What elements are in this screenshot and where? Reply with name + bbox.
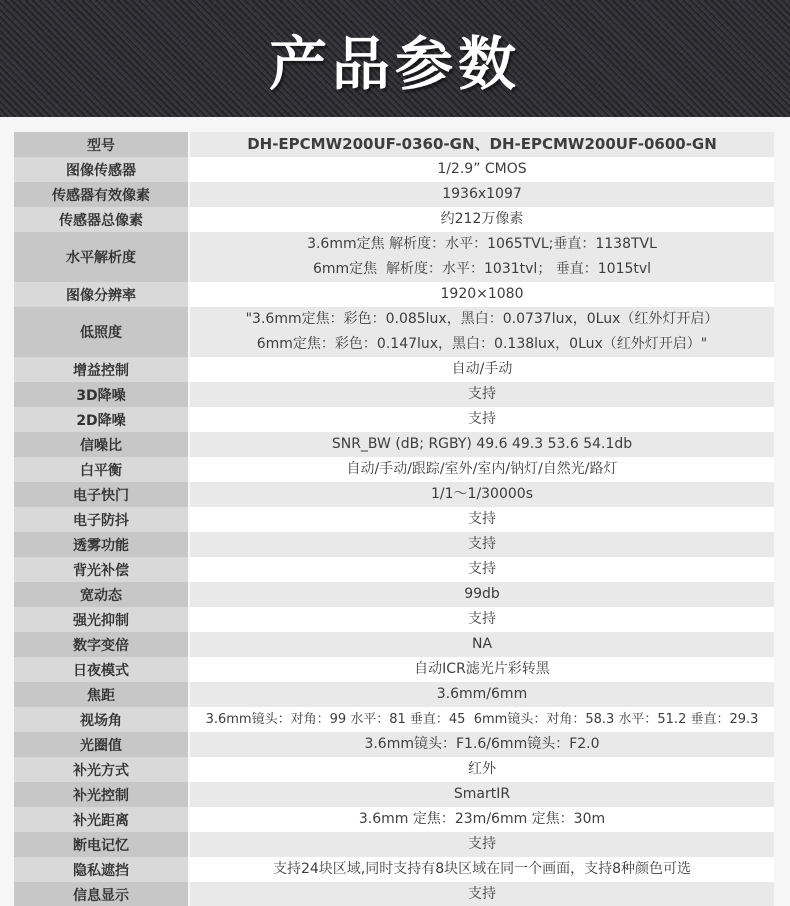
spec-value-line: 支持 <box>190 407 774 432</box>
spec-label-cell: 断电记忆 <box>14 832 190 857</box>
table-row: 视场角3.6mm镜头：对角：99 水平：81 垂直：45 6mm镜头：对角：58… <box>14 707 774 732</box>
table-row: 增益控制自动/手动 <box>14 357 774 382</box>
table-row: 补光方式红外 <box>14 757 774 782</box>
spec-value-cell: 自动/手动/跟踪/室外/室内/钠灯/自然光/路灯 <box>190 457 774 482</box>
spec-value-line: 1/1～1/30000s <box>190 482 774 507</box>
spec-value-cell: 自动/手动 <box>190 357 774 382</box>
spec-value-line: 1936x1097 <box>190 182 774 207</box>
spec-value-cell: 支持 <box>190 532 774 557</box>
spec-label-cell: 光圈值 <box>14 732 190 757</box>
table-row: 电子防抖支持 <box>14 507 774 532</box>
spec-value-line: 自动/手动/跟踪/室外/室内/钠灯/自然光/路灯 <box>190 457 774 482</box>
spec-value-cell: 支持 <box>190 832 774 857</box>
spec-value-line: 红外 <box>190 757 774 782</box>
table-row: 传感器总像素约212万像素 <box>14 207 774 232</box>
spec-value-cell: 支持 <box>190 507 774 532</box>
table-row: 信噪比SNR_BW (dB; RGBY) 49.6 49.3 53.6 54.1… <box>14 432 774 457</box>
spec-value-line: 1/2.9” CMOS <box>190 157 774 182</box>
spec-value-line: 3.6mm 定焦：23m/6mm 定焦：30m <box>190 807 774 832</box>
spec-value-line: SNR_BW (dB; RGBY) 49.6 49.3 53.6 54.1db <box>190 432 774 457</box>
spec-label-cell: 隐私遮挡 <box>14 857 190 882</box>
spec-value-line: 3.6mm定焦 解析度：水平：1065TVL;垂直：1138TVL <box>190 232 774 257</box>
table-row: 信息显示支持 <box>14 882 774 906</box>
spec-value-line: 3.6mm/6mm <box>190 682 774 707</box>
spec-value-cell: NA <box>190 632 774 657</box>
spec-value-cell: "3.6mm定焦：彩色：0.085lux，黑白：0.0737lux，0Lux（红… <box>190 307 774 357</box>
spec-value-cell: SmartIR <box>190 782 774 807</box>
spec-value-line: 支持 <box>190 832 774 857</box>
spec-label-cell: 信噪比 <box>14 432 190 457</box>
spec-value-cell: 3.6mm镜头：F1.6/6mm镜头：F2.0 <box>190 732 774 757</box>
table-row: 隐私遮挡支持24块区域,同时支持有8块区域在同一个画面，支持8种颜色可选 <box>14 857 774 882</box>
spec-label-cell: 宽动态 <box>14 582 190 607</box>
spec-label-cell: 信息显示 <box>14 882 190 906</box>
spec-value-cell: 1/1～1/30000s <box>190 482 774 507</box>
spec-value-line: 3.6mm镜头：F1.6/6mm镜头：F2.0 <box>190 732 774 757</box>
table-row: 图像传感器1/2.9” CMOS <box>14 157 774 182</box>
spec-value-line: 支持 <box>190 882 774 906</box>
spec-value-cell: 99db <box>190 582 774 607</box>
spec-label-cell: 水平解析度 <box>14 232 190 282</box>
spec-value-line: 支持 <box>190 532 774 557</box>
spec-value-line: 99db <box>190 582 774 607</box>
spec-label-cell: 补光控制 <box>14 782 190 807</box>
spec-value-cell: 自动ICR滤光片彩转黑 <box>190 657 774 682</box>
spec-label-cell: 透雾功能 <box>14 532 190 557</box>
table-row: 透雾功能支持 <box>14 532 774 557</box>
section-banner: 产品参数 <box>0 0 790 117</box>
spec-value-cell: 1/2.9” CMOS <box>190 157 774 182</box>
spec-value-line: 支持 <box>190 607 774 632</box>
table-row: 水平解析度3.6mm定焦 解析度：水平：1065TVL;垂直：1138TVL6m… <box>14 232 774 282</box>
spec-value-cell: DH-EPCMW200UF-0360-GN、DH-EPCMW200UF-0600… <box>190 132 774 157</box>
spec-value-cell: 支持24块区域,同时支持有8块区域在同一个画面，支持8种颜色可选 <box>190 857 774 882</box>
spec-value-line: 约212万像素 <box>190 207 774 232</box>
spec-value-line: 支持 <box>190 382 774 407</box>
spec-label-cell: 白平衡 <box>14 457 190 482</box>
spec-value-cell: 3.6mm镜头：对角：99 水平：81 垂直：45 6mm镜头：对角：58.3 … <box>190 707 774 732</box>
spec-label-cell: 3D降噪 <box>14 382 190 407</box>
spec-label-cell: 补光方式 <box>14 757 190 782</box>
spec-value-line: 自动ICR滤光片彩转黑 <box>190 657 774 682</box>
spec-label-cell: 电子快门 <box>14 482 190 507</box>
spec-label-cell: 传感器总像素 <box>14 207 190 232</box>
spec-value-cell: 支持 <box>190 407 774 432</box>
table-row: 白平衡自动/手动/跟踪/室外/室内/钠灯/自然光/路灯 <box>14 457 774 482</box>
spec-label-cell: 增益控制 <box>14 357 190 382</box>
spec-value-line: 支持 <box>190 507 774 532</box>
spec-value-line: SmartIR <box>190 782 774 807</box>
spec-value-cell: 3.6mm 定焦：23m/6mm 定焦：30m <box>190 807 774 832</box>
page-title: 产品参数 <box>269 17 521 101</box>
spec-label-cell: 数字变倍 <box>14 632 190 657</box>
spec-value-line: 6mm定焦 解析度：水平：1031tvl； 垂直：1015tvl <box>190 257 774 282</box>
table-row: 补光距离3.6mm 定焦：23m/6mm 定焦：30m <box>14 807 774 832</box>
spec-table: 型号DH-EPCMW200UF-0360-GN、DH-EPCMW200UF-06… <box>14 132 774 906</box>
table-row: 焦距3.6mm/6mm <box>14 682 774 707</box>
table-row: 2D降噪支持 <box>14 407 774 432</box>
spec-value-cell: SNR_BW (dB; RGBY) 49.6 49.3 53.6 54.1db <box>190 432 774 457</box>
spec-value-line: 1920×1080 <box>190 282 774 307</box>
table-row: 3D降噪支持 <box>14 382 774 407</box>
spec-value-cell: 红外 <box>190 757 774 782</box>
table-row: 电子快门1/1～1/30000s <box>14 482 774 507</box>
spec-value-cell: 支持 <box>190 382 774 407</box>
spec-value-line: 自动/手动 <box>190 357 774 382</box>
spec-value-line: "3.6mm定焦：彩色：0.085lux，黑白：0.0737lux，0Lux（红… <box>190 307 774 332</box>
spec-value-cell: 1920×1080 <box>190 282 774 307</box>
spec-label-cell: 2D降噪 <box>14 407 190 432</box>
spec-label-cell: 电子防抖 <box>14 507 190 532</box>
spec-label-cell: 型号 <box>14 132 190 157</box>
spec-value-cell: 支持 <box>190 557 774 582</box>
spec-value-cell: 支持 <box>190 607 774 632</box>
spec-label-cell: 补光距离 <box>14 807 190 832</box>
table-row: 日夜模式自动ICR滤光片彩转黑 <box>14 657 774 682</box>
table-row: 光圈值3.6mm镜头：F1.6/6mm镜头：F2.0 <box>14 732 774 757</box>
spec-label-cell: 强光抑制 <box>14 607 190 632</box>
spec-value-cell: 约212万像素 <box>190 207 774 232</box>
spec-value-line: DH-EPCMW200UF-0360-GN、DH-EPCMW200UF-0600… <box>190 132 774 157</box>
table-row: 背光补偿支持 <box>14 557 774 582</box>
spec-value-line: 支持24块区域,同时支持有8块区域在同一个画面，支持8种颜色可选 <box>190 857 774 882</box>
spec-value-cell: 1936x1097 <box>190 182 774 207</box>
table-row: 宽动态99db <box>14 582 774 607</box>
spec-label-cell: 图像分辨率 <box>14 282 190 307</box>
spec-value-cell: 支持 <box>190 882 774 906</box>
spec-label-cell: 视场角 <box>14 707 190 732</box>
spec-label-cell: 日夜模式 <box>14 657 190 682</box>
table-row: 补光控制SmartIR <box>14 782 774 807</box>
table-row: 强光抑制支持 <box>14 607 774 632</box>
spec-label-cell: 传感器有效像素 <box>14 182 190 207</box>
spec-value-line: 支持 <box>190 557 774 582</box>
table-row: 传感器有效像素1936x1097 <box>14 182 774 207</box>
spec-label-cell: 背光补偿 <box>14 557 190 582</box>
spec-label-cell: 焦距 <box>14 682 190 707</box>
spec-label-cell: 图像传感器 <box>14 157 190 182</box>
table-row: 型号DH-EPCMW200UF-0360-GN、DH-EPCMW200UF-06… <box>14 132 774 157</box>
spec-value-line: NA <box>190 632 774 657</box>
table-row: 数字变倍NA <box>14 632 774 657</box>
table-row: 图像分辨率1920×1080 <box>14 282 774 307</box>
spec-value-cell: 3.6mm/6mm <box>190 682 774 707</box>
table-row: 断电记忆支持 <box>14 832 774 857</box>
spec-value-line: 6mm定焦：彩色：0.147lux，黑白：0.138lux，0Lux（红外灯开启… <box>190 332 774 357</box>
product-spec-page: 产品参数 型号DH-EPCMW200UF-0360-GN、DH-EPCMW200… <box>0 0 790 906</box>
spec-value-line: 3.6mm镜头：对角：99 水平：81 垂直：45 6mm镜头：对角：58.3 … <box>190 707 774 732</box>
table-row: 低照度"3.6mm定焦：彩色：0.085lux，黑白：0.0737lux，0Lu… <box>14 307 774 357</box>
spec-label-cell: 低照度 <box>14 307 190 357</box>
spec-value-cell: 3.6mm定焦 解析度：水平：1065TVL;垂直：1138TVL6mm定焦 解… <box>190 232 774 282</box>
